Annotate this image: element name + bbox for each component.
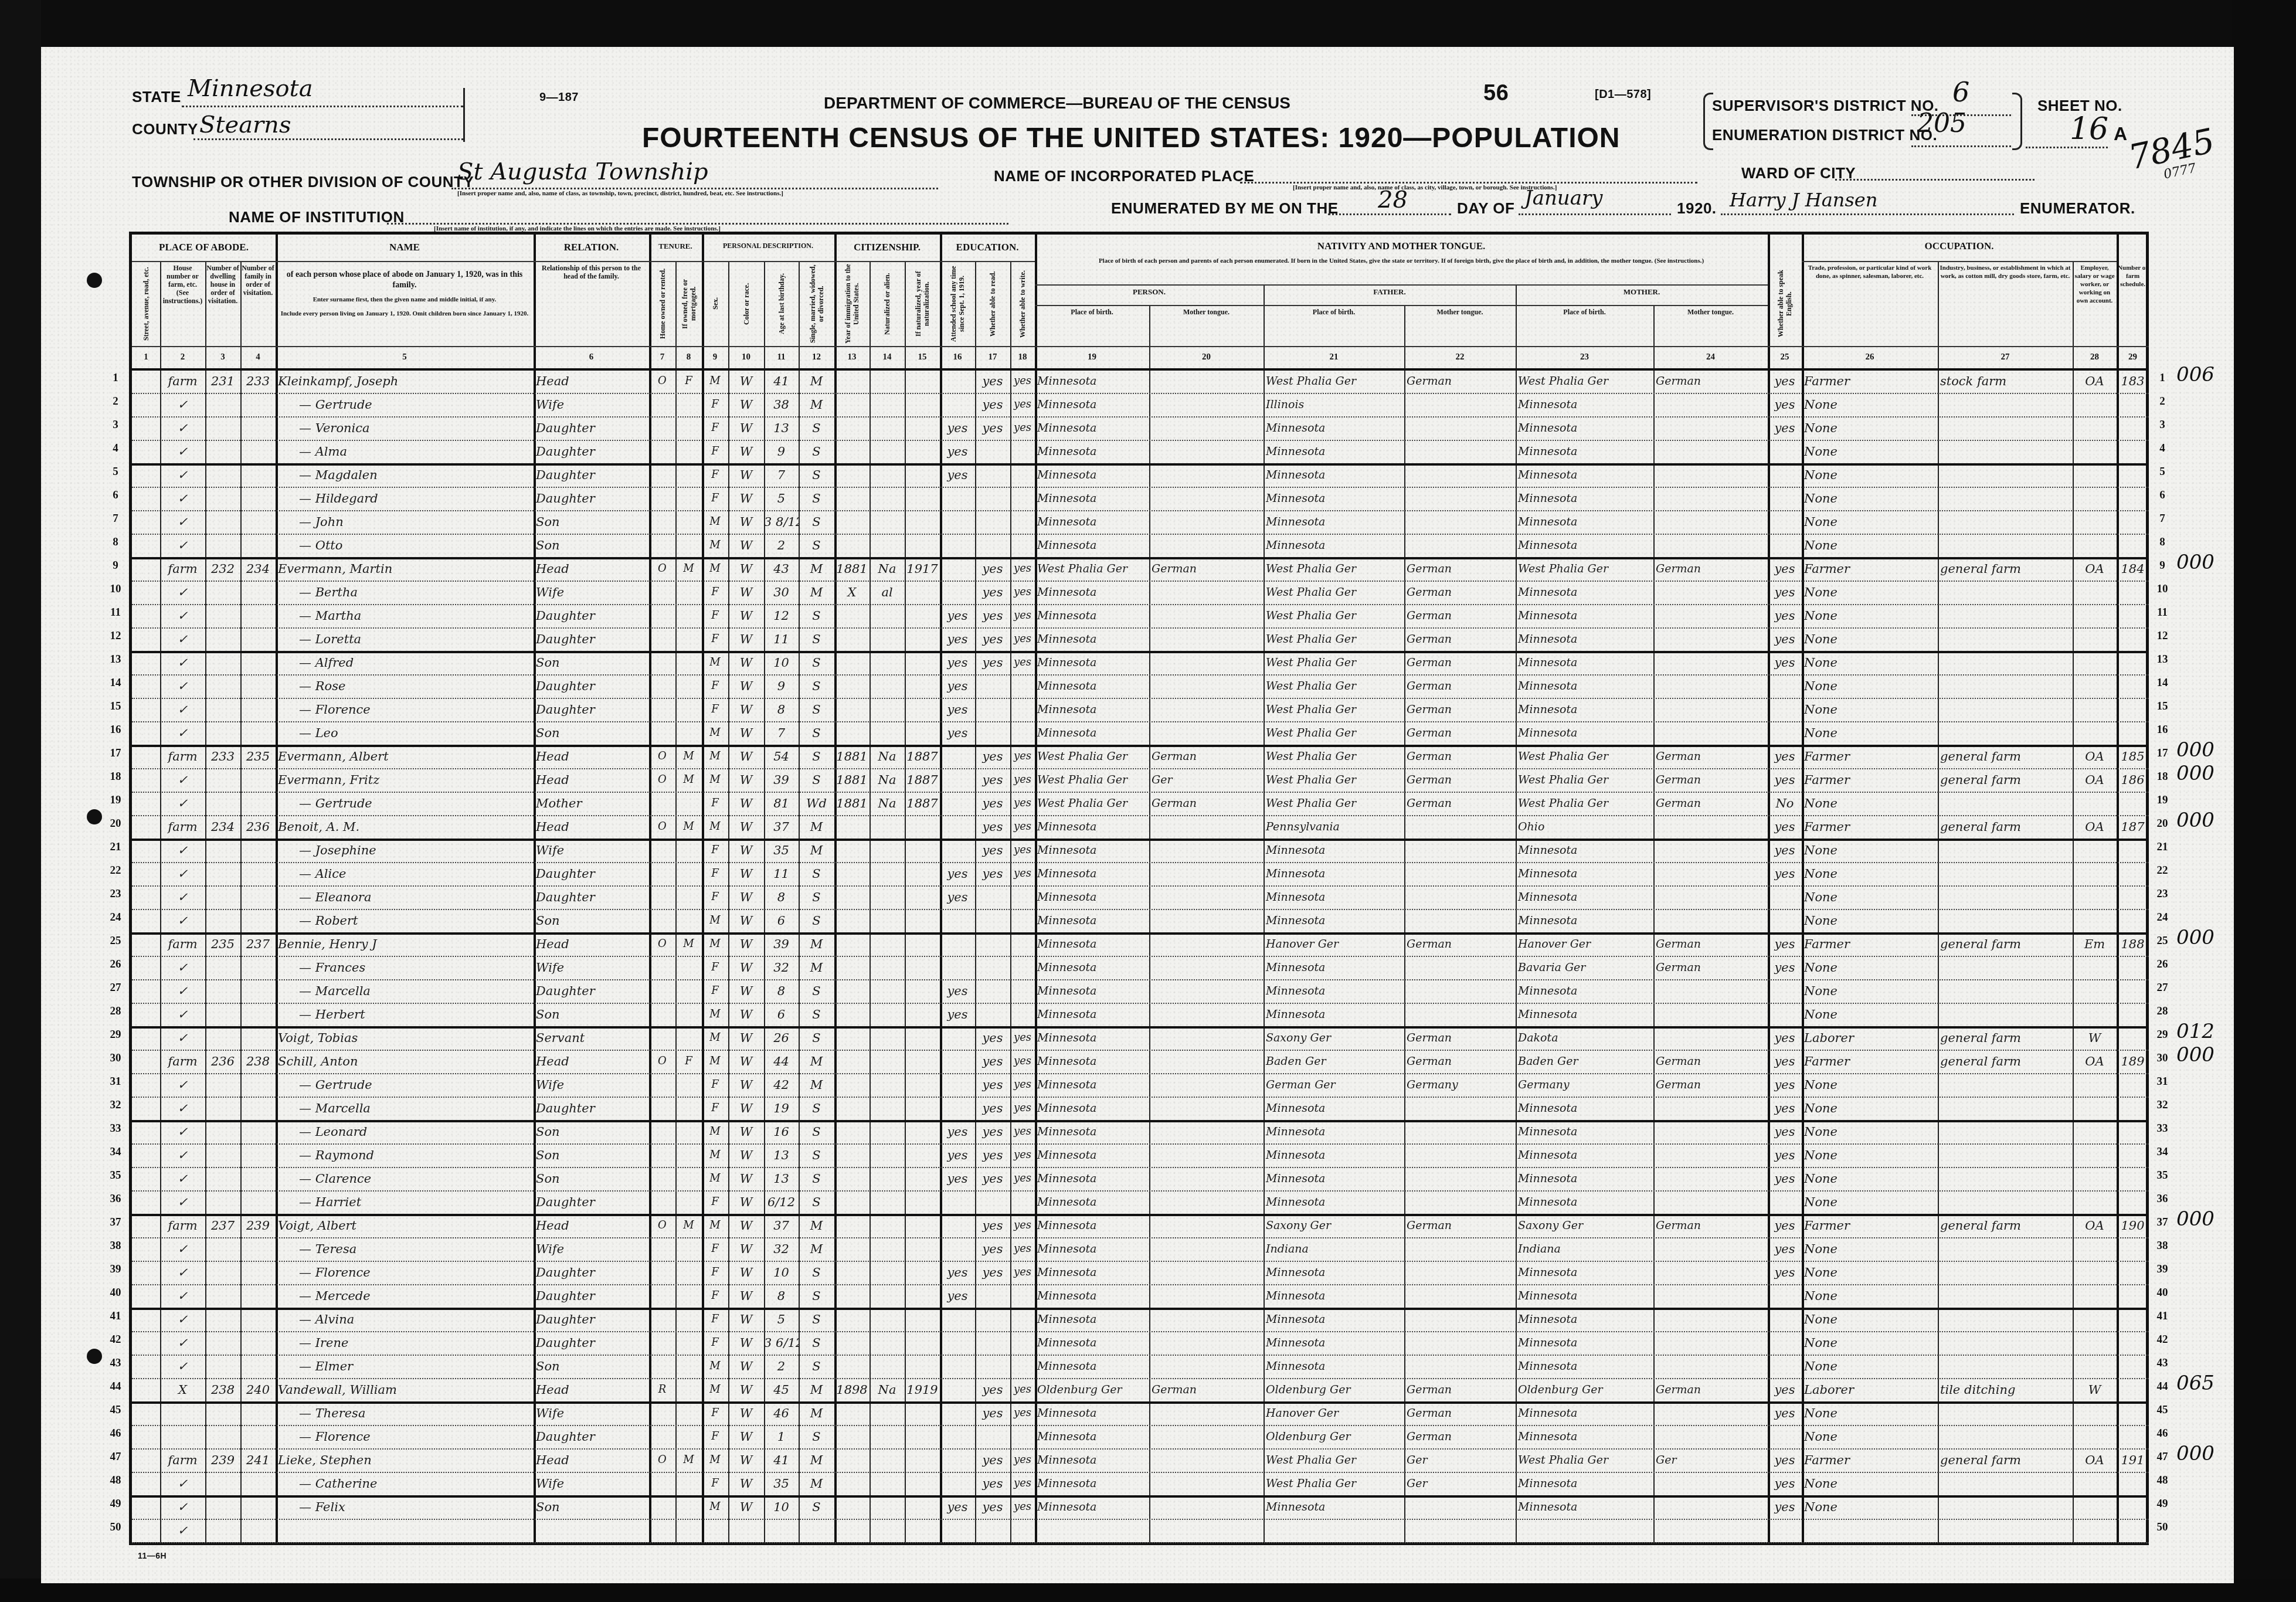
cell-relation: Daughter <box>534 463 649 487</box>
cell-pob: West Phalia Ger <box>1035 792 1149 815</box>
cell-family <box>240 1355 276 1378</box>
cell-mpob: Ohio <box>1516 815 1653 839</box>
cell-trade: None <box>1802 1425 1938 1448</box>
cell-family <box>240 1261 276 1284</box>
cell-age: 6 <box>764 1003 799 1026</box>
cell-school: yes <box>940 862 975 885</box>
cell-fmt: German <box>1404 932 1516 956</box>
cell-class: OA <box>2073 768 2117 792</box>
cell-eng <box>1768 463 1802 487</box>
cell-eng <box>1768 698 1802 721</box>
cell-free <box>675 604 702 627</box>
column-number: 8 <box>675 346 702 368</box>
cell-natyr <box>905 1097 940 1120</box>
cell-fpob: Minnesota <box>1264 1331 1404 1355</box>
enumerator-label: ENUMERATOR. <box>2020 199 2135 218</box>
cell-race: W <box>728 1050 764 1073</box>
cell-school: yes <box>940 627 975 651</box>
cell-mt <box>1149 1308 1264 1331</box>
cell-mpob: Minnesota <box>1516 1261 1653 1284</box>
cell-relation: Daughter <box>534 1331 649 1355</box>
cell-write: yes <box>1010 1050 1035 1073</box>
cell-trade: None <box>1802 1355 1938 1378</box>
cell-class: OA <box>2073 1448 2117 1472</box>
cell-class <box>2073 627 2117 651</box>
cell-dwelling: 231 <box>205 369 240 393</box>
cell-class <box>2073 1237 2117 1261</box>
column-header-2: House number or farm, etc. (See instruct… <box>161 264 204 344</box>
cell-class: OA <box>2073 1214 2117 1237</box>
cell-marital: M <box>799 393 834 416</box>
cell-relation: Daughter <box>534 885 649 909</box>
cell-pob: Minnesota <box>1035 721 1149 745</box>
cell-write: yes <box>1010 1378 1035 1401</box>
cell-farm <box>2117 1003 2149 1026</box>
cell-relation: Daughter <box>534 862 649 885</box>
cell-read: yes <box>975 557 1010 581</box>
cell-age: 30 <box>764 581 799 604</box>
cell-age: 32 <box>764 1237 799 1261</box>
cell-trade: None <box>1802 862 1938 885</box>
cell-fpob <box>1264 1519 1404 1542</box>
cell-fmt <box>1404 1003 1516 1026</box>
cell-name: — Elmer <box>276 1355 534 1378</box>
cell-own <box>649 487 675 510</box>
cell-pob: Minnesota <box>1035 581 1149 604</box>
column-number: 23 <box>1516 346 1653 368</box>
cell-marital <box>799 1519 834 1542</box>
cell-pob: Minnesota <box>1035 979 1149 1003</box>
cell-family <box>240 1026 276 1050</box>
cell-free <box>675 979 702 1003</box>
cell-house: ✓ <box>160 627 205 651</box>
cell-mpob: Baden Ger <box>1516 1050 1653 1073</box>
cell-mt <box>1149 1448 1264 1472</box>
cell-house: ✓ <box>160 1284 205 1308</box>
cell-mpob: Minnesota <box>1516 604 1653 627</box>
cell-eng: yes <box>1768 768 1802 792</box>
cell-fmt: German <box>1404 581 1516 604</box>
cell-read <box>975 1425 1010 1448</box>
cell-dwelling <box>205 885 240 909</box>
line-number-left: 42 <box>102 1328 129 1352</box>
cell-relation: Son <box>534 1143 649 1167</box>
header-separator <box>1802 261 2117 262</box>
cell-pob: West Phalia Ger <box>1035 745 1149 768</box>
cell-family <box>240 909 276 932</box>
cell-farm <box>2117 885 2149 909</box>
cell-school: yes <box>940 1003 975 1026</box>
cell-sex: M <box>702 1003 728 1026</box>
cell-natyr <box>905 1425 940 1448</box>
cell-class <box>2073 581 2117 604</box>
cell-sex: M <box>702 721 728 745</box>
cell-fpob: Oldenburg Ger <box>1264 1425 1404 1448</box>
cell-mpob: West Phalia Ger <box>1516 369 1653 393</box>
cell-nat <box>870 674 905 698</box>
cell-own: O <box>649 1448 675 1472</box>
cell-class <box>2073 487 2117 510</box>
column-number: 12 <box>799 346 834 368</box>
cell-sex: M <box>702 557 728 581</box>
cell-mmt <box>1653 1097 1768 1120</box>
line-number-left: 25 <box>102 929 129 953</box>
cell-class <box>2073 1190 2117 1214</box>
cell-nat <box>870 369 905 393</box>
cell-mpob: Minnesota <box>1516 651 1653 674</box>
cell-dwelling <box>205 1026 240 1050</box>
cell-name: — Bertha <box>276 581 534 604</box>
cell-write: yes <box>1010 627 1035 651</box>
cell-name: — Hildegard <box>276 487 534 510</box>
cell-dwelling: 239 <box>205 1448 240 1472</box>
cell-pob: Minnesota <box>1035 1448 1149 1472</box>
cell-nat <box>870 979 905 1003</box>
state-value: Minnesota <box>188 75 313 102</box>
cell-pob: Minnesota <box>1035 534 1149 557</box>
cell-name: — Rose <box>276 674 534 698</box>
cell-fmt <box>1404 1308 1516 1331</box>
cell-industry <box>1938 1284 2073 1308</box>
cell-mpob: Minnesota <box>1516 698 1653 721</box>
cell-race: W <box>728 1308 764 1331</box>
cell-class <box>2073 1308 2117 1331</box>
cell-fmt: German <box>1404 745 1516 768</box>
cell-own <box>649 463 675 487</box>
day-of-label: DAY OF <box>1457 199 1514 218</box>
cell-relation: Son <box>534 1120 649 1143</box>
cell-free <box>675 1261 702 1284</box>
cell-mt <box>1149 651 1264 674</box>
cell-imm <box>834 862 870 885</box>
cell-farm: 183 <box>2117 369 2149 393</box>
cell-mmt <box>1653 510 1768 534</box>
cell-write: yes <box>1010 1143 1035 1167</box>
cell-eng: yes <box>1768 627 1802 651</box>
cell-race: W <box>728 1143 764 1167</box>
cell-marital: S <box>799 1261 834 1284</box>
cell-read <box>975 534 1010 557</box>
cell-farm <box>2117 487 2149 510</box>
cell-natyr <box>905 1472 940 1495</box>
cell-mt: German <box>1149 557 1264 581</box>
cell-name: — Leo <box>276 721 534 745</box>
cell-mt <box>1149 1425 1264 1448</box>
cell-race: W <box>728 1261 764 1284</box>
cell-mmt <box>1653 416 1768 440</box>
cell-race: W <box>728 721 764 745</box>
column-header-17: Whether able to read. <box>976 264 1009 344</box>
cell-trade: Farmer <box>1802 768 1938 792</box>
line-number-left: 12 <box>102 624 129 648</box>
cell-mt <box>1149 839 1264 862</box>
cell-industry <box>1938 885 2073 909</box>
cell-race: W <box>728 1167 764 1190</box>
cell-name <box>276 1519 534 1542</box>
header-divider <box>463 88 465 142</box>
cell-industry <box>1938 534 2073 557</box>
cell-class <box>2073 1003 2117 1026</box>
cell-family <box>240 1519 276 1542</box>
cell-natyr <box>905 1120 940 1143</box>
cell-farm <box>2117 1261 2149 1284</box>
township-note: [Insert proper name and, also, name of c… <box>457 190 783 197</box>
cell-age: 37 <box>764 1214 799 1237</box>
cell-farm <box>2117 510 2149 534</box>
cell-own <box>649 604 675 627</box>
cell-eng: yes <box>1768 1495 1802 1519</box>
cell-write <box>1010 698 1035 721</box>
cell-mt <box>1149 416 1264 440</box>
cell-fmt <box>1404 416 1516 440</box>
line-number-right: 43 <box>2149 1352 2176 1375</box>
cell-age: 5 <box>764 1308 799 1331</box>
cell-mpob: Minnesota <box>1516 393 1653 416</box>
cell-dwelling <box>205 416 240 440</box>
cell-natyr <box>905 463 940 487</box>
cell-eng: yes <box>1768 1214 1802 1237</box>
cell-free: M <box>675 1214 702 1237</box>
incorporated-place-line <box>1240 182 1697 184</box>
cell-pob: Oldenburg Ger <box>1035 1378 1149 1401</box>
cell-marital: M <box>799 1237 834 1261</box>
cell-mt <box>1149 1214 1264 1237</box>
cell-nat <box>870 815 905 839</box>
cell-mmt <box>1653 1237 1768 1261</box>
cell-marital: S <box>799 1003 834 1026</box>
cell-dwelling <box>205 1167 240 1190</box>
column-header-9: Sex. <box>703 264 727 344</box>
cell-own <box>649 1167 675 1190</box>
cell-imm <box>834 1495 870 1519</box>
cell-imm: 1881 <box>834 557 870 581</box>
cell-mt <box>1149 1401 1264 1425</box>
cell-farm <box>2117 463 2149 487</box>
cell-family <box>240 1167 276 1190</box>
cell-write <box>1010 1003 1035 1026</box>
cell-pob: Minnesota <box>1035 1331 1149 1355</box>
line-number-left: 10 <box>102 578 129 601</box>
line-number-left: 44 <box>102 1375 129 1399</box>
cell-eng: yes <box>1768 932 1802 956</box>
cell-class <box>2073 534 2117 557</box>
cell-fmt <box>1404 510 1516 534</box>
cell-sex: M <box>702 1120 728 1143</box>
cell-class <box>2073 885 2117 909</box>
cell-mt <box>1149 1284 1264 1308</box>
cell-class <box>2073 510 2117 534</box>
cell-race: W <box>728 745 764 768</box>
cell-eng: yes <box>1768 1143 1802 1167</box>
column-header-26: Trade, profession, or particular kind of… <box>1803 264 1937 344</box>
cell-house: ✓ <box>160 1331 205 1355</box>
cell-fmt <box>1404 1519 1516 1542</box>
cell-nat <box>870 1401 905 1425</box>
cell-sex: M <box>702 1050 728 1073</box>
cell-race: W <box>728 1378 764 1401</box>
cell-house: ✓ <box>160 1190 205 1214</box>
cell-pob: Minnesota <box>1035 487 1149 510</box>
cell-farm <box>2117 627 2149 651</box>
enumerated-month: January <box>1524 186 1602 210</box>
cell-race: W <box>728 557 764 581</box>
column-header-12: Single, married, widowed, or divorced. <box>800 264 833 344</box>
cell-mmt: German <box>1653 1073 1768 1097</box>
cell-nat <box>870 1097 905 1120</box>
cell-age: 39 <box>764 768 799 792</box>
enumerated-label: ENUMERATED BY ME ON THE <box>1111 199 1339 218</box>
cell-fpob: West Phalia Ger <box>1264 698 1404 721</box>
cell-write <box>1010 956 1035 979</box>
cell-class <box>2073 909 2117 932</box>
column-header-7: Home owned or rented. <box>650 264 674 344</box>
cell-imm <box>834 1190 870 1214</box>
cell-free <box>675 487 702 510</box>
cell-house: ✓ <box>160 510 205 534</box>
cell-fmt: German <box>1404 1214 1516 1237</box>
enumerator-name: Harry J Hansen <box>1730 189 1877 211</box>
line-number-left: 4 <box>102 437 129 460</box>
cell-sex: M <box>702 1214 728 1237</box>
cell-read: yes <box>975 416 1010 440</box>
cell-mpob <box>1516 1519 1653 1542</box>
cell-natyr <box>905 1167 940 1190</box>
cell-house: farm <box>160 745 205 768</box>
cell-house: ✓ <box>160 1143 205 1167</box>
cell-natyr <box>905 1073 940 1097</box>
cell-house: ✓ <box>160 1308 205 1331</box>
cell-age: 13 <box>764 1143 799 1167</box>
cell-pob: Minnesota <box>1035 1026 1149 1050</box>
cell-eng: yes <box>1768 1167 1802 1190</box>
cell-imm <box>834 510 870 534</box>
column-number: 14 <box>870 346 905 368</box>
cell-pob <box>1035 1519 1149 1542</box>
cell-farm <box>2117 839 2149 862</box>
cell-name: — Gertrude <box>276 393 534 416</box>
cell-race: W <box>728 956 764 979</box>
cell-industry <box>1938 510 2073 534</box>
cell-race: W <box>728 979 764 1003</box>
cell-school <box>940 487 975 510</box>
cell-imm <box>834 627 870 651</box>
cell-imm <box>834 979 870 1003</box>
line-number-left: 5 <box>102 460 129 484</box>
cell-imm <box>834 698 870 721</box>
county-line <box>193 138 463 140</box>
group-place-of-abode: PLACE OF ABODE. <box>132 242 276 253</box>
cell-mmt: German <box>1653 956 1768 979</box>
cell-trade: None <box>1802 463 1938 487</box>
cell-dwelling <box>205 674 240 698</box>
subgroup-mother: MOTHER. <box>1516 287 1768 297</box>
cell-nat <box>870 534 905 557</box>
cell-farm <box>2117 1284 2149 1308</box>
cell-fpob: Minnesota <box>1264 885 1404 909</box>
line-number-left: 43 <box>102 1352 129 1375</box>
cell-natyr <box>905 721 940 745</box>
cell-mpob: Minnesota <box>1516 1167 1653 1190</box>
cell-imm: 1881 <box>834 792 870 815</box>
cell-own <box>649 792 675 815</box>
cell-age: 39 <box>764 932 799 956</box>
cell-race: W <box>728 440 764 463</box>
cell-dwelling <box>205 510 240 534</box>
cell-marital: S <box>799 1425 834 1448</box>
cell-mpob: Minnesota <box>1516 440 1653 463</box>
line-number-right: 49 <box>2149 1492 2176 1516</box>
cell-fmt <box>1404 440 1516 463</box>
cell-trade: None <box>1802 1284 1938 1308</box>
cell-name: — Alice <box>276 862 534 885</box>
cell-family <box>240 1401 276 1425</box>
cell-sex: F <box>702 885 728 909</box>
cell-family: 239 <box>240 1214 276 1237</box>
cell-school: yes <box>940 416 975 440</box>
cell-dwelling <box>205 1519 240 1542</box>
cell-mt <box>1149 1472 1264 1495</box>
column-header-19: Place of birth. <box>1036 308 1148 344</box>
cell-fpob: German Ger <box>1264 1073 1404 1097</box>
column-number: 4 <box>240 346 276 368</box>
cell-free <box>675 698 702 721</box>
cell-eng <box>1768 909 1802 932</box>
cell-fpob: West Phalia Ger <box>1264 627 1404 651</box>
cell-marital: S <box>799 1355 834 1378</box>
cell-own <box>649 1026 675 1050</box>
cell-relation: Head <box>534 557 649 581</box>
line-number-left: 47 <box>102 1445 129 1469</box>
cell-house: farm <box>160 369 205 393</box>
cell-name: — Teresa <box>276 1237 534 1261</box>
cell-industry: general farm <box>1938 745 2073 768</box>
cell-dwelling <box>205 839 240 862</box>
cell-own: O <box>649 745 675 768</box>
cell-sex: M <box>702 1448 728 1472</box>
cell-imm <box>834 1167 870 1190</box>
cell-write: yes <box>1010 792 1035 815</box>
cell-family <box>240 1190 276 1214</box>
cell-school <box>940 1355 975 1378</box>
cell-industry <box>1938 839 2073 862</box>
cell-nat <box>870 1448 905 1472</box>
cell-mmt <box>1653 721 1768 745</box>
cell-relation: Head <box>534 815 649 839</box>
cell-trade: Farmer <box>1802 1050 1938 1073</box>
cell-industry <box>1938 1237 2073 1261</box>
cell-nat <box>870 1425 905 1448</box>
cell-race: W <box>728 651 764 674</box>
cell-age: 11 <box>764 627 799 651</box>
cell-free <box>675 1026 702 1050</box>
cell-family <box>240 956 276 979</box>
line-number-left: 7 <box>102 507 129 531</box>
cell-mmt <box>1653 815 1768 839</box>
cell-sex: F <box>702 839 728 862</box>
cell-trade <box>1802 1519 1938 1542</box>
line-number-right: 38 <box>2149 1234 2176 1258</box>
cell-natyr <box>905 393 940 416</box>
cell-relation: Head <box>534 1214 649 1237</box>
cell-relation: Wife <box>534 393 649 416</box>
cell-mpob: Minnesota <box>1516 627 1653 651</box>
line-number-right: 39 <box>2149 1258 2176 1281</box>
cell-marital: M <box>799 1401 834 1425</box>
cell-trade: None <box>1802 440 1938 463</box>
cell-fpob: West Phalia Ger <box>1264 604 1404 627</box>
cell-farm <box>2117 651 2149 674</box>
cell-trade: None <box>1802 393 1938 416</box>
